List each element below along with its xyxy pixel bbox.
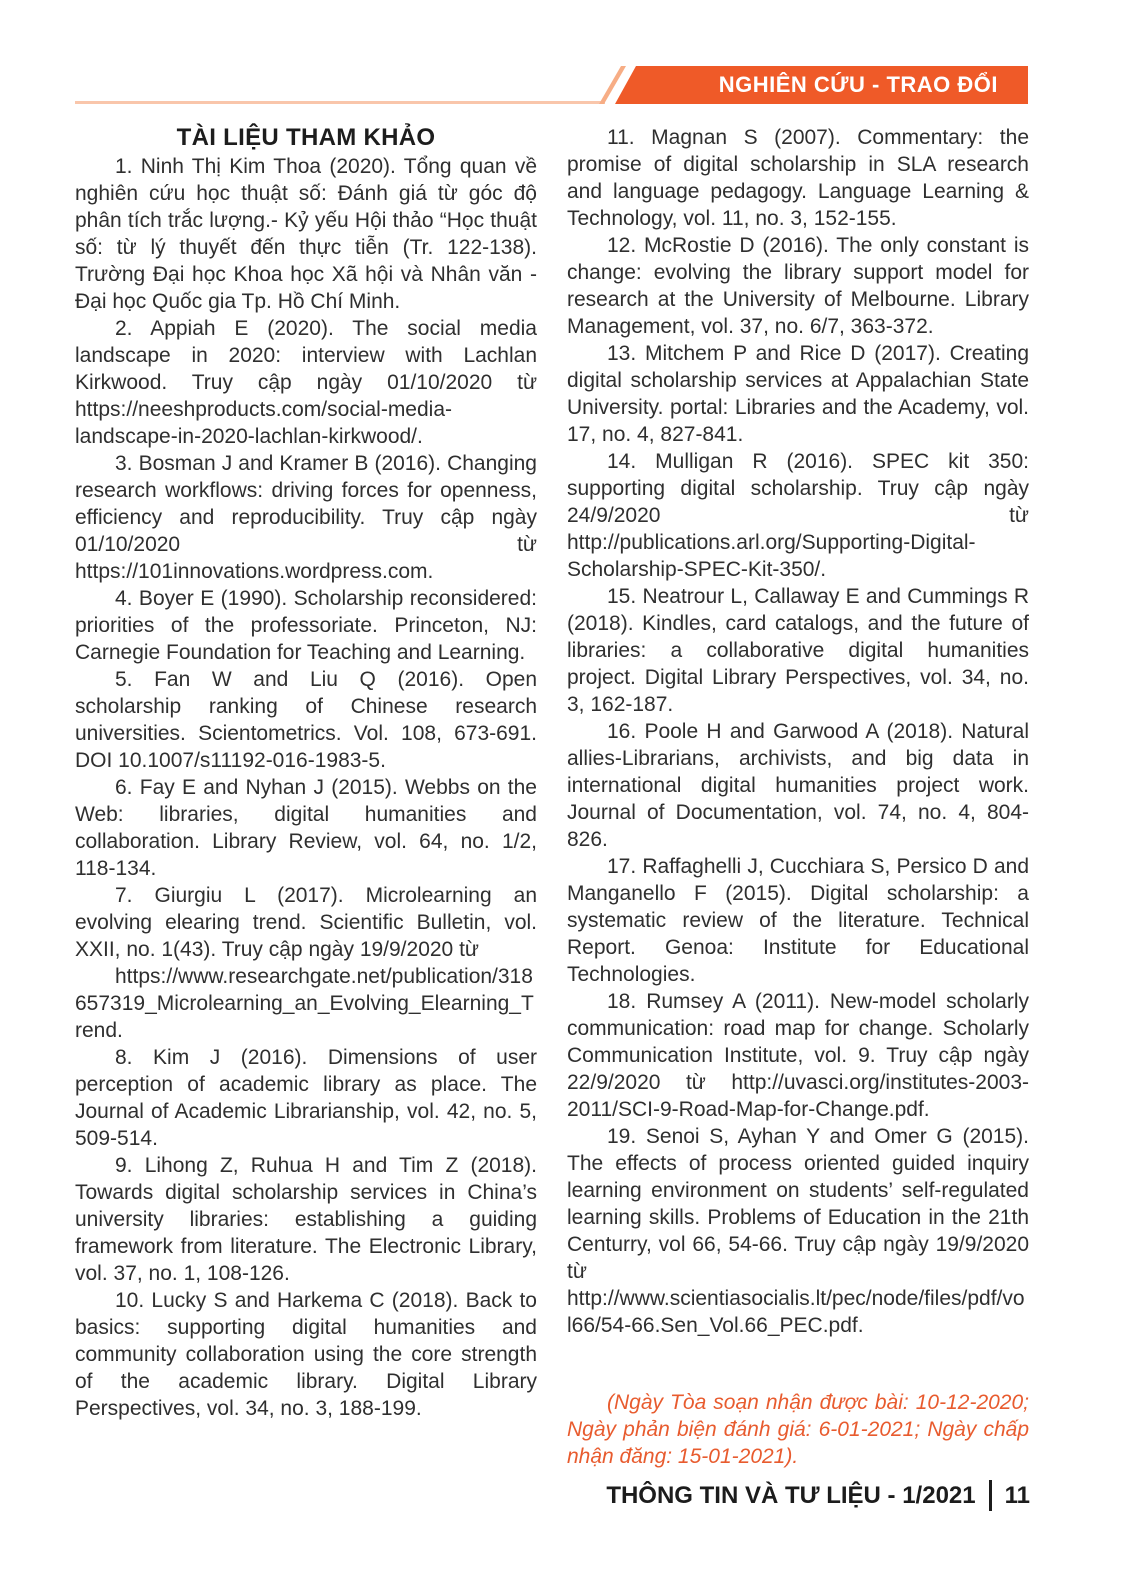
reference-item: https://www.researchgate.net/publication… [75, 963, 537, 1044]
reference-item: 6. Fay E and Nyhan J (2015). Webbs on th… [75, 774, 537, 882]
reference-item: 17. Raffaghelli J, Cucchiara S, Persico … [567, 853, 1029, 988]
reference-item: 5. Fan W and Liu Q (2016). Open scholars… [75, 666, 537, 774]
reference-item: 3. Bosman J and Kramer B (2016). Changin… [75, 450, 537, 585]
reference-item: 7. Giurgiu L (2017). Microlearning an ev… [75, 882, 537, 963]
header-rule [75, 101, 605, 104]
references-left-list: 1. Ninh Thị Kim Thoa (2020). Tổng quan v… [75, 153, 537, 1422]
reference-item: 16. Poole H and Garwood A (2018). Natura… [567, 718, 1029, 853]
references-title: TÀI LIỆU THAM KHẢO [75, 124, 537, 153]
reference-item: 14. Mulligan R (2016). SPEC kit 350: sup… [567, 448, 1029, 583]
editorial-note: (Ngày Tòa soạn nhận được bài: 10-12-2020… [567, 1389, 1029, 1470]
section-banner: NGHIÊN CỨU - TRAO ĐỔI [615, 66, 1028, 104]
references-left-column: TÀI LIỆU THAM KHẢO 1. Ninh Thị Kim Thoa … [75, 124, 537, 1422]
section-banner-label: NGHIÊN CỨU - TRAO ĐỔI [719, 72, 998, 98]
footer-separator [989, 1480, 992, 1511]
reference-item: 4. Boyer E (1990). Scholarship reconside… [75, 585, 537, 666]
page-footer: THÔNG TIN VÀ TƯ LIỆU - 1/2021 11 [606, 1480, 1030, 1511]
reference-item: 15. Neatrour L, Callaway E and Cummings … [567, 583, 1029, 718]
reference-item: 13. Mitchem P and Rice D (2017). Creatin… [567, 340, 1029, 448]
references-right-list: 11. Magnan S (2007). Commentary: the pro… [567, 124, 1029, 1339]
reference-item: 19. Senoi S, Ayhan Y and Omer G (2015). … [567, 1123, 1029, 1339]
journal-references-page: NGHIÊN CỨU - TRAO ĐỔI TÀI LIỆU THAM KHẢO… [0, 0, 1133, 1588]
reference-item: 2. Appiah E (2020). The social media lan… [75, 315, 537, 450]
reference-item: 12. McRostie D (2016). The only constant… [567, 232, 1029, 340]
references-right-column: 11. Magnan S (2007). Commentary: the pro… [567, 124, 1029, 1470]
reference-item: 10. Lucky S and Harkema C (2018). Back t… [75, 1287, 537, 1422]
reference-item: 11. Magnan S (2007). Commentary: the pro… [567, 124, 1029, 232]
journal-title: THÔNG TIN VÀ TƯ LIỆU - 1/2021 [606, 1482, 975, 1510]
reference-item: 1. Ninh Thị Kim Thoa (2020). Tổng quan v… [75, 153, 537, 315]
reference-item: 18. Rumsey A (2011). New-model scholarly… [567, 988, 1029, 1123]
page-number: 11 [1005, 1482, 1030, 1510]
reference-item: 8. Kim J (2016). Dimensions of user perc… [75, 1044, 537, 1152]
reference-item: 9. Lihong Z, Ruhua H and Tim Z (2018). T… [75, 1152, 537, 1287]
